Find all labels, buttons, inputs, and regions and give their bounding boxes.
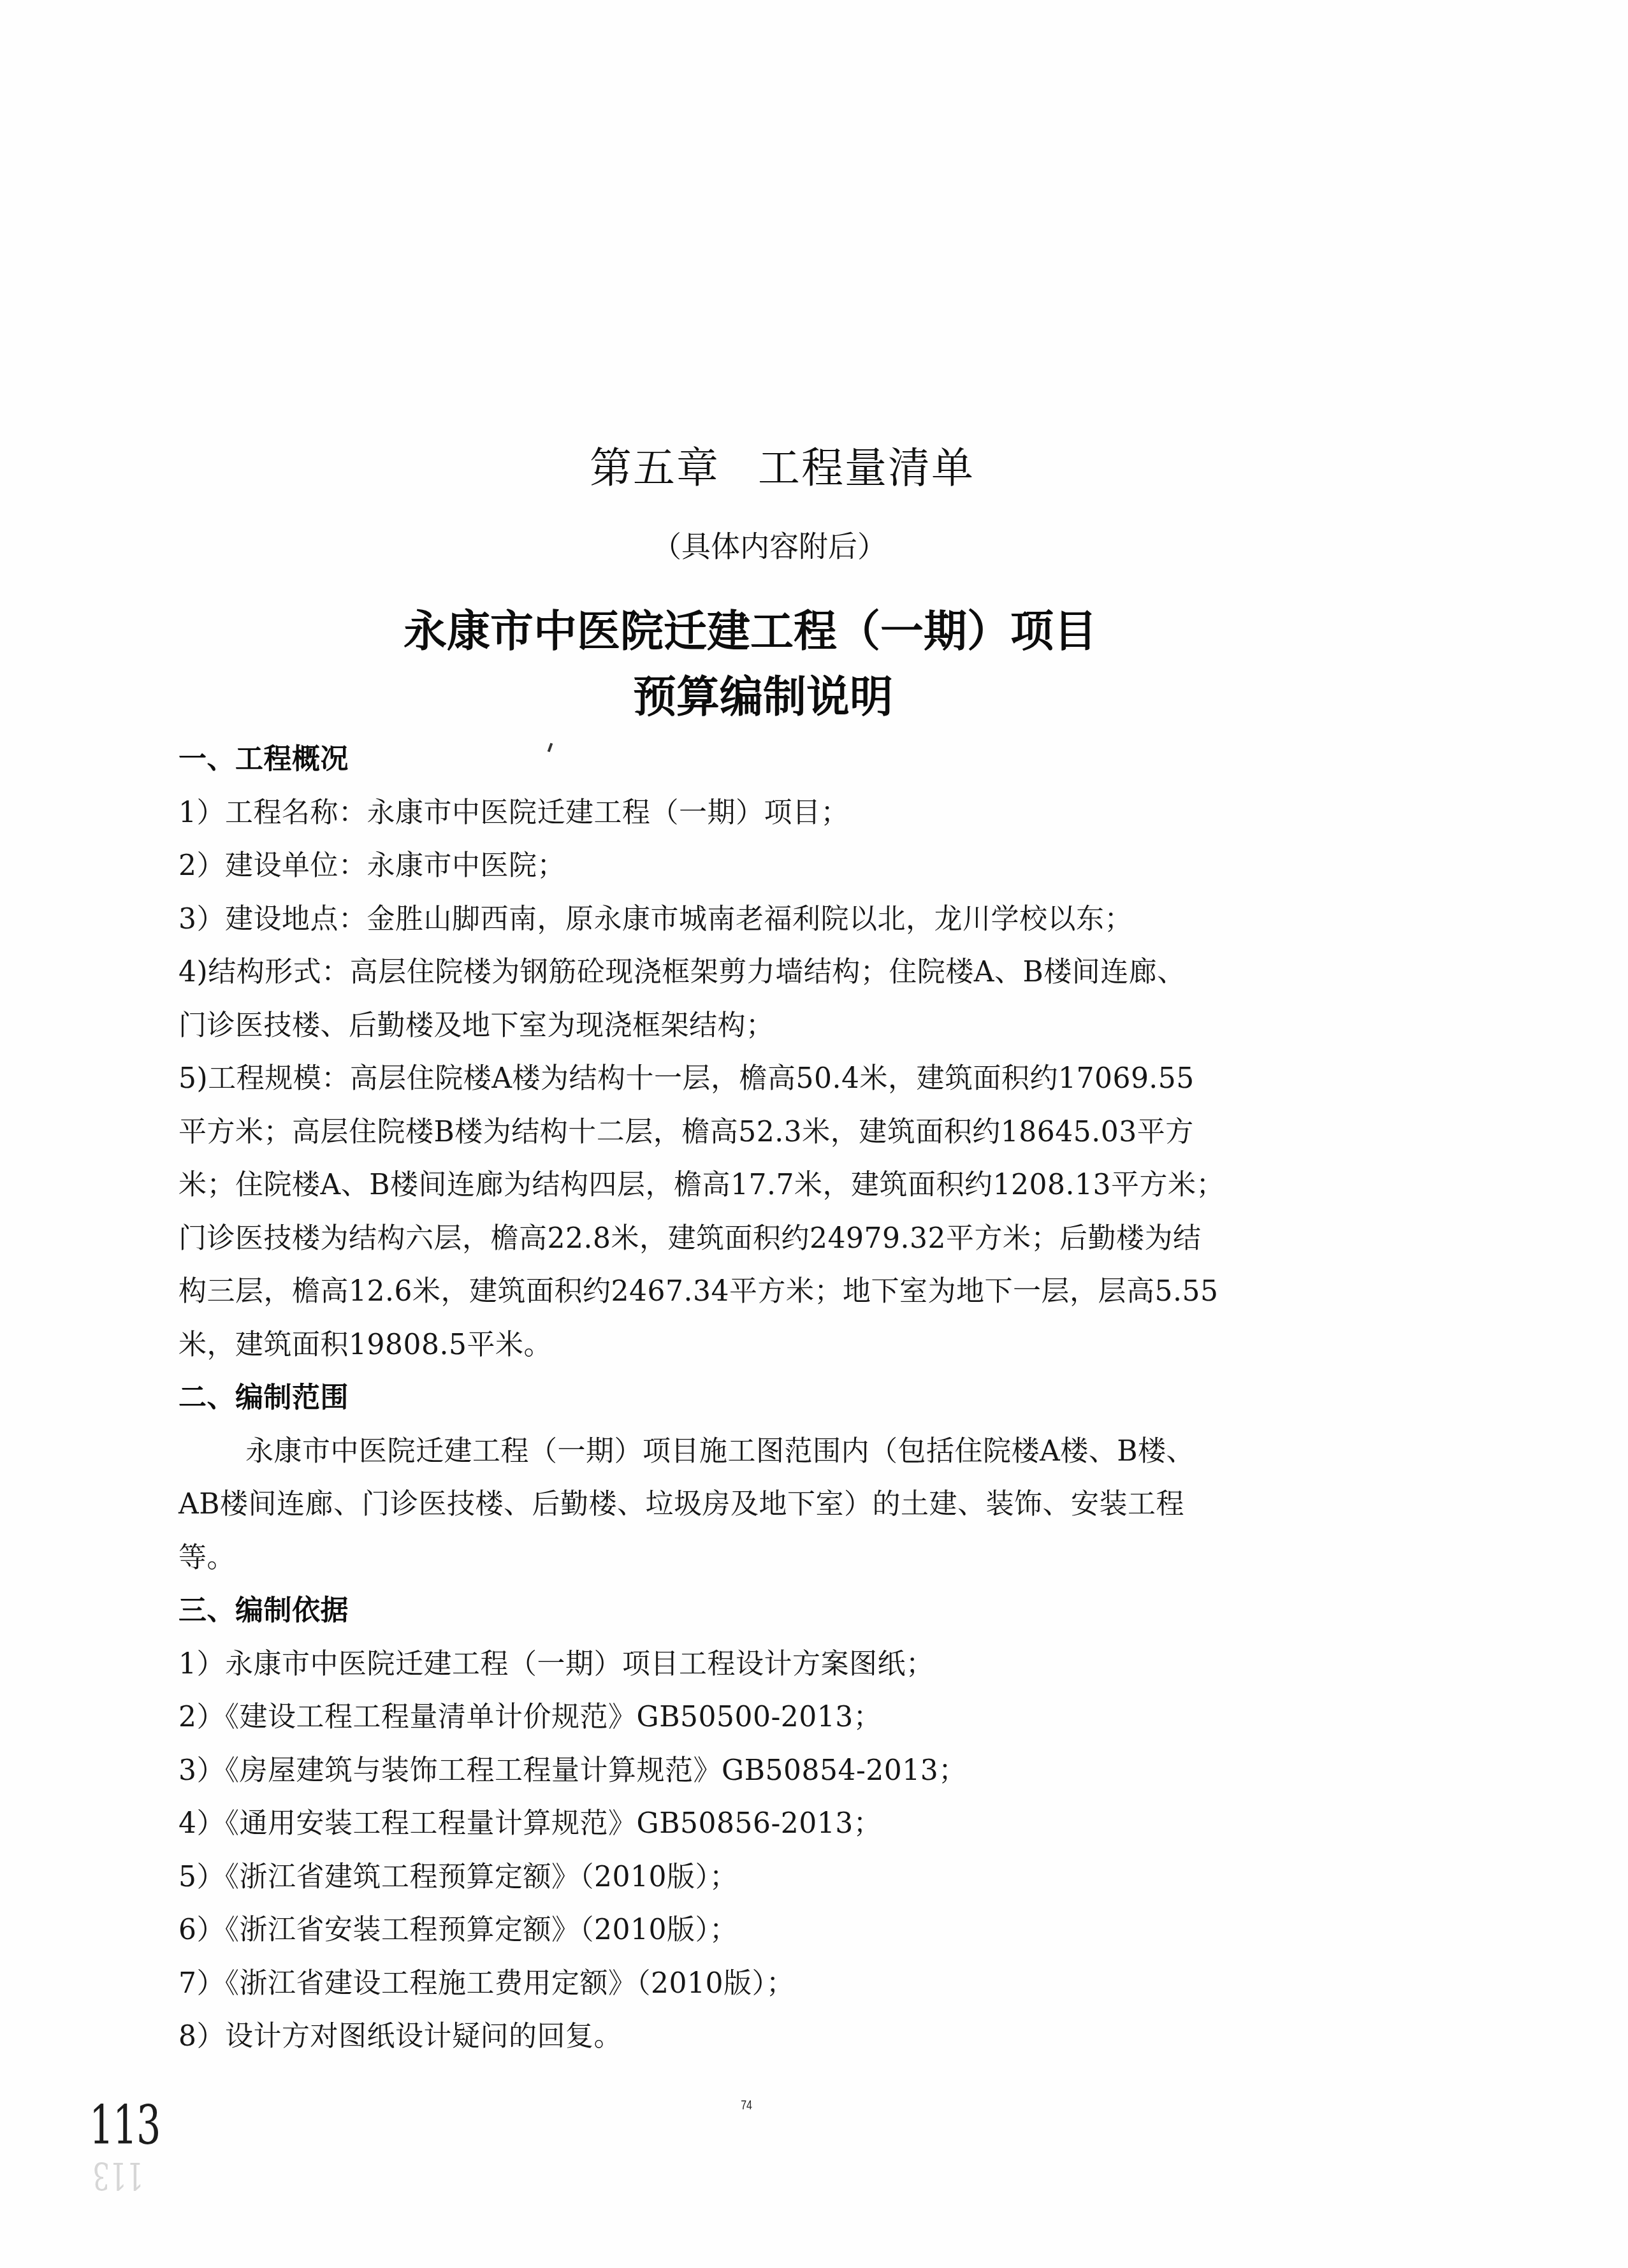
overview-line: 平方米；高层住院楼B楼为结构十二层，檐高52.3米，建筑面积约18645.03平…: [178, 1106, 1313, 1159]
basis-line: 7）《浙江省建设工程施工费用定额》（2010版）；: [178, 1957, 1313, 2011]
overview-line: 门诊医技楼、后勤楼及地下室为现浇框架结构；: [178, 999, 1313, 1053]
overview-line: 4)结构形式：高层住院楼为钢筋砼现浇框架剪力墙结构；住院楼A、B楼间连廊、: [178, 946, 1313, 999]
basis-line: 1）永康市中医院迁建工程（一期）项目工程设计方案图纸；: [178, 1638, 1313, 1691]
basis-line: 5）《浙江省建筑工程预算定额》（2010版）；: [178, 1851, 1313, 1904]
chapter-number: 第五章: [590, 444, 720, 493]
overview-line: 米；住院楼A、B楼间连廊为结构四层，檐高17.7米，建筑面积约1208.13平方…: [178, 1159, 1313, 1212]
chapter-name: 工程量清单: [758, 444, 975, 493]
document-title-line1: 永康市中医院迁建工程（一期）项目: [0, 600, 1564, 664]
overview-line: 5)工程规模：高层住院楼A楼为结构十一层，檐高50.4米，建筑面积约17069.…: [178, 1052, 1313, 1106]
overview-line: 1）工程名称：永康市中医院迁建工程（一期）项目；: [178, 786, 1313, 840]
scope-line: AB楼间连廊、门诊医技楼、后勤楼、垃圾房及地下室）的土建、装饰、安装工程: [178, 1478, 1313, 1531]
stamped-page-number-bleedthrough: 113: [92, 2153, 143, 2197]
document-page: 第五章工程量清单 （具体内容附后） 永康市中医院迁建工程（一期）项目 预算编制说…: [0, 0, 1628, 2268]
overview-line: 2）建设单位：永康市中医院；: [178, 839, 1313, 893]
basis-line: 2）《建设工程工程量清单计价规范》GB50500-2013；: [178, 1691, 1313, 1744]
overview-line: 米，建筑面积19808.5平米。: [178, 1318, 1313, 1372]
body-content: 一、工程概况 1）工程名称：永康市中医院迁建工程（一期）项目； 2）建设单位：永…: [178, 733, 1313, 2063]
basis-line: 3）《房屋建筑与装饰工程工程量计算规范》GB50854-2013；: [178, 1744, 1313, 1798]
scope-line: 永康市中医院迁建工程（一期）项目施工图范围内（包括住院楼A楼、B楼、: [178, 1425, 1313, 1478]
overview-line: 构三层，檐高12.6米，建筑面积约2467.34平方米；地下室为地下一层，层高5…: [178, 1265, 1313, 1318]
basis-line: 6）《浙江省安装工程预算定额》（2010版）；: [178, 1903, 1313, 1957]
document-title-line2: 预算编制说明: [0, 666, 1577, 730]
basis-line: 8）设计方对图纸设计疑问的回复。: [178, 2010, 1313, 2063]
chapter-note: （具体内容附后）: [0, 524, 1583, 568]
chapter-title: 第五章工程量清单: [0, 440, 1596, 497]
stamped-page-number: 113: [89, 2097, 160, 2154]
scope-line: 等。: [178, 1531, 1313, 1585]
overview-line: 门诊医技楼为结构六层，檐高22.8米，建筑面积约24979.32平方米；后勤楼为…: [178, 1212, 1313, 1266]
overview-line: 3）建设地点：金胜山脚西南，原永康市城南老福利院以北，龙川学校以东；: [178, 893, 1313, 946]
section-heading-overview: 一、工程概况: [178, 733, 1313, 786]
section-heading-basis: 三、编制依据: [178, 1584, 1313, 1638]
section-heading-scope: 二、编制范围: [178, 1371, 1313, 1425]
printed-page-number: 74: [741, 2098, 752, 2113]
basis-line: 4）《通用安装工程工程量计算规范》GB50856-2013；: [178, 1797, 1313, 1851]
